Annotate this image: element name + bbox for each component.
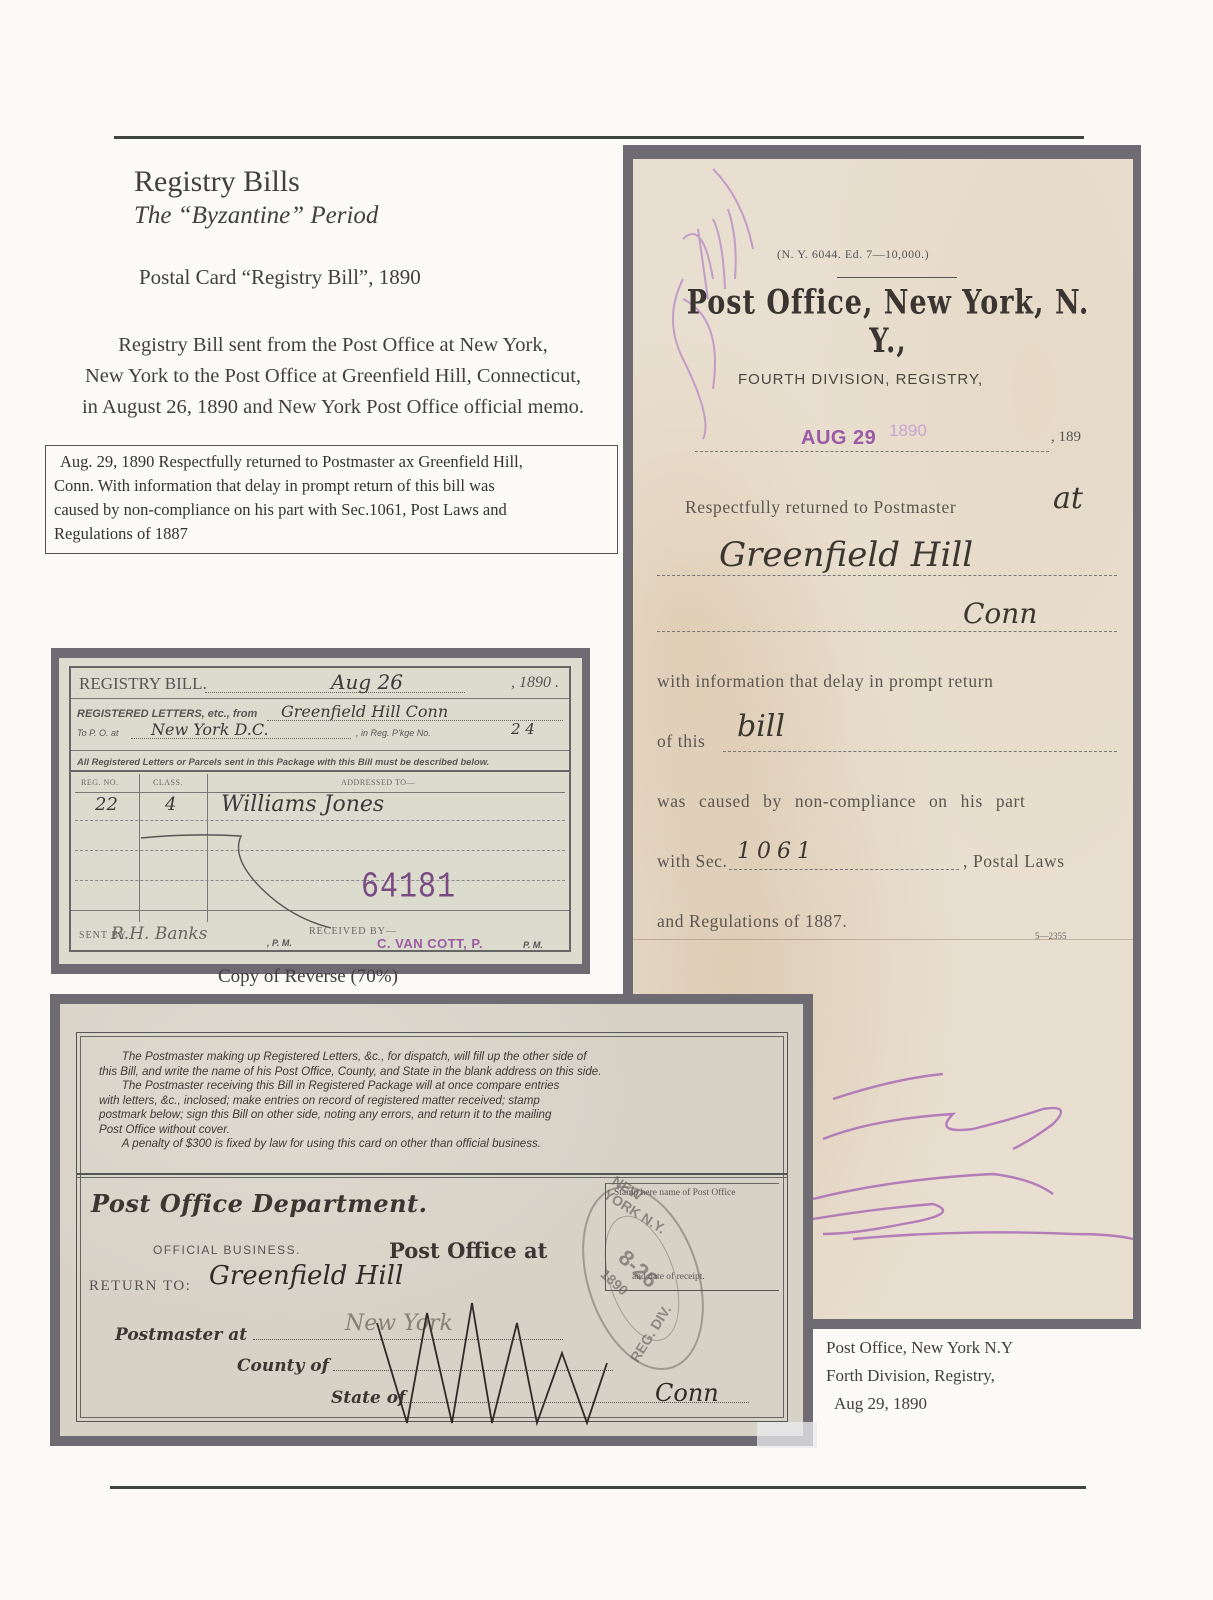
pm-label: , P. M. (267, 938, 292, 948)
package-number-handwritten: 2 4 (511, 720, 535, 738)
instructions-text: The Postmaster making up Registered Lett… (99, 1049, 731, 1151)
to-po-label: To P. O. at (77, 728, 119, 738)
postmark-box: Stamp here name of Post Office and date … (605, 1183, 779, 1291)
postal-card-front: The Postmaster making up Registered Lett… (60, 1004, 803, 1436)
stamp-box-date-label: and date of receipt. (632, 1272, 705, 1282)
instruction-line: The Postmaster receiving this Bill in Re… (99, 1078, 731, 1093)
reg-no-value: 22 (95, 794, 118, 815)
registry-number-stamp: 64181 (361, 868, 456, 909)
memo-box-line: caused by non-compliance on his part wit… (54, 498, 609, 522)
mount-corner (757, 1422, 817, 1448)
bill-year: , 1890 . (511, 674, 559, 692)
caption-line: Post Office, New York N.Y (826, 1334, 1013, 1362)
caused-line: was caused by non-compliance on his part (657, 791, 1025, 812)
bottom-rule (110, 1486, 1086, 1489)
official-business-label: OFFICIAL BUSINESS. (153, 1243, 301, 1257)
form-code: (N. Y. 6044. Ed. 7—10,000.) (777, 247, 929, 262)
dotted-line (723, 751, 1117, 752)
sec-label: with Sec. (657, 851, 728, 872)
divider (77, 1177, 787, 1178)
card-frame: The Postmaster making up Registered Lett… (76, 1032, 788, 1422)
parcel-note: All Registered Letters or Parcels sent i… (77, 756, 489, 767)
registry-bill-frame: REGISTRY BILL. Aug 26 , 1890 . REGISTERE… (69, 666, 571, 952)
memo-heading: Post Office, New York, N. Y., (683, 283, 1093, 361)
dotted-line (657, 575, 1117, 576)
dotted-line (657, 631, 1117, 632)
intro-paragraph: Registry Bill sent from the Post Office … (48, 330, 618, 423)
registry-bill-reverse: REGISTRY BILL. Aug 26 , 1890 . REGISTERE… (59, 658, 582, 964)
divider (77, 1173, 787, 1175)
handwritten-at: at (1053, 481, 1083, 516)
department-heading: Post Office Department. (91, 1189, 427, 1218)
instruction-line: postmark below; sign this Bill on other … (99, 1107, 731, 1122)
dotted-line (695, 451, 1049, 452)
postmaster-at-label: Postmaster at (115, 1325, 247, 1345)
info-line: with information that delay in prompt re… (657, 671, 993, 692)
page-subtitle: The “Byzantine” Period (134, 202, 378, 230)
column-header-class: CLASS. (153, 778, 183, 787)
postal-laws-label: , Postal Laws (963, 851, 1065, 872)
caption-line: Forth Division, Registry, (826, 1362, 1013, 1390)
instruction-line: with letters, &c., inclosed; make entrie… (99, 1093, 731, 1108)
intro-line: New York to the Post Office at Greenfiel… (48, 361, 618, 392)
divider (71, 770, 569, 772)
year-suffix: , 189 (1051, 429, 1081, 446)
post-office-at-label: Post Office at (389, 1238, 547, 1263)
date-stamp: AUG 29 (801, 427, 876, 450)
package-label: , in Reg. P'kge No. (356, 728, 431, 738)
dotted-line (729, 869, 959, 870)
regulations-line: and Regulations of 1887. (657, 911, 847, 932)
memo-caption: Post Office, New York N.Y Forth Division… (826, 1334, 1013, 1418)
memo-box-line: Conn. With information that delay in pro… (54, 474, 609, 498)
postmaster-signature (813, 1059, 1133, 1299)
registry-bill-title: REGISTRY BILL. (79, 674, 207, 694)
reverse-card-mount: REGISTRY BILL. Aug 26 , 1890 . REGISTERE… (51, 648, 590, 974)
intro-line: in August 26, 1890 and New York Post Off… (48, 392, 618, 423)
handwritten-bill: bill (737, 709, 785, 744)
returned-line: Respectfully returned to Postmaster (685, 497, 956, 518)
instruction-line: this Bill, and write the name of his Pos… (99, 1064, 731, 1079)
return-to-label: RETURN TO: (89, 1278, 191, 1295)
handwritten-section: 1061 (737, 839, 817, 864)
divider (837, 277, 957, 278)
handwritten-place: Greenfield Hill (719, 535, 973, 575)
fold-crease (633, 939, 1133, 940)
card-label: Postal Card “Registry Bill”, 1890 (139, 265, 421, 290)
front-card-mount: The Postmaster making up Registered Lett… (50, 994, 813, 1446)
division-label: FOURTH DIVISION, REGISTRY, (738, 371, 983, 388)
of-this-label: of this (657, 731, 705, 752)
cancellation-scribble (367, 1293, 627, 1433)
memo-box-line: Aug. 29, 1890 Respectfully returned to P… (54, 450, 609, 474)
county-of-label: County of (237, 1356, 329, 1376)
reverse-caption: Copy of Reverse (70%) (218, 966, 398, 988)
top-rule (114, 136, 1084, 139)
stamp-box-instruction: Stamp here name of Post Office (614, 1188, 735, 1198)
caption-line: Aug 29, 1890 (826, 1390, 1013, 1418)
intro-line: Registry Bill sent from the Post Office … (48, 330, 618, 361)
date-stamp-year: 1890 (889, 421, 927, 441)
column-header-addressed-to: ADDRESSED TO— (341, 778, 415, 787)
return-to-handwritten: Greenfield Hill (209, 1261, 403, 1291)
penalty-line: A penalty of $300 is fixed by law for us… (99, 1136, 731, 1151)
divider (71, 750, 569, 751)
state-handwritten: Conn (655, 1379, 719, 1407)
memo-box-line: Regulations of 1887 (54, 522, 609, 546)
handwritten-state: Conn (963, 597, 1037, 630)
instruction-line: The Postmaster making up Registered Lett… (99, 1049, 731, 1064)
received-pm-label: P. M. (523, 940, 543, 950)
pen-stroke (131, 798, 331, 938)
to-po-handwritten: New York D.C. (151, 720, 269, 739)
column-header-reg-no: REG. NO. (81, 778, 119, 787)
from-handwritten: Greenfield Hill Conn (281, 702, 448, 721)
page-title: Registry Bills (134, 165, 300, 199)
divider (71, 698, 569, 699)
bill-date-handwritten: Aug 26 (331, 670, 403, 694)
memo-transcription-box: Aug. 29, 1890 Respectfully returned to P… (45, 445, 618, 554)
from-label: REGISTERED LETTERS, etc., from (77, 708, 257, 720)
instruction-line: Post Office without cover. (99, 1122, 731, 1137)
received-by-stamp: C. VAN COTT, P. (377, 936, 483, 951)
